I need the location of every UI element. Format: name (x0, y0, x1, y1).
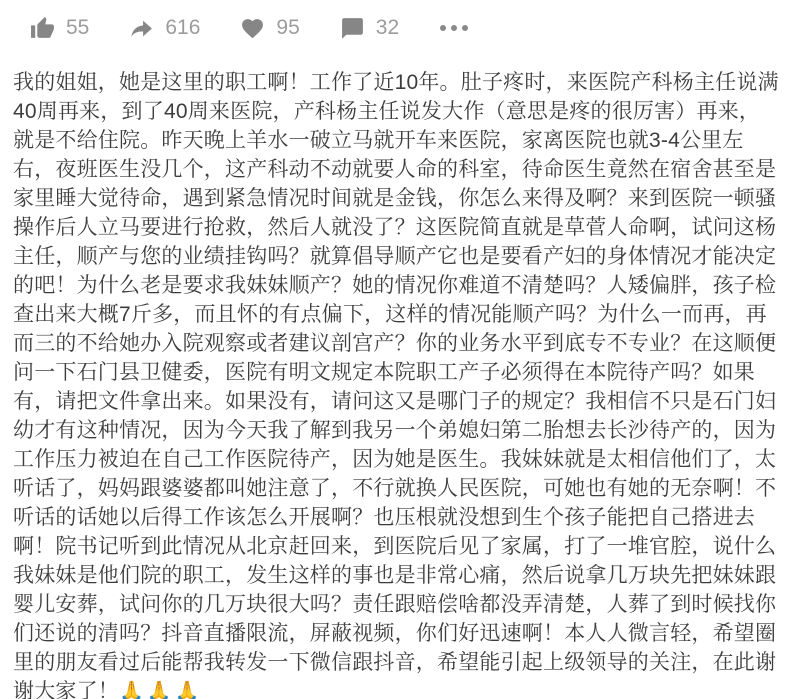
post-body: 我的姐姐，她是这里的职工啊！工作了近10年。肚子疼时，来医院产科杨主任说满 40… (0, 41, 800, 699)
share-button[interactable]: 616 (129, 16, 200, 41)
post-text-line: 工作压力被迫在自己工作医院待产，因为她是医生。我妹妹就是太相信他们了，太 (13, 445, 792, 474)
share-count: 616 (165, 16, 200, 40)
post-text-line: 的吧！为什么老是要求我妹妹顺产？她的情况你难道不清楚吗？人矮偏胖，孩子检 (13, 271, 792, 300)
post-text-line: 而三的不给她办入院观察或者建议剖宫产？你的业务水平到底专不专业？在这顺便 (13, 329, 792, 358)
post-text-line: 们还说的清吗？抖音直播限流，屏蔽视频，你们好迅速啊！本人人微言轻，希望圈 (13, 619, 792, 648)
like-count: 55 (66, 16, 89, 40)
post-text-line: 操作后人立马要进行抢救，然后人就没了？这医院简直就是草菅人命啊，试问这杨 (13, 213, 792, 242)
post-text-line: 问一下石门县卫健委，医院有明文规定本院职工产子必须得在本院待产吗？如果 (13, 358, 792, 387)
post-text-line: 主任，顺产与您的业绩挂钩吗？就算倡导顺产它也是要看产妇的身体情况才能决定 (13, 242, 792, 271)
post-text-line: 我的姐姐，她是这里的职工啊！工作了近10年。肚子疼时，来医院产科杨主任说满 (13, 68, 792, 97)
share-icon (129, 16, 154, 41)
post-text-line: 里的朋友看过后能帮我转发一下微信跟抖音，希望能引起上级领导的关注，在此谢 (13, 648, 792, 677)
praying-hands-emoji: 🙏🙏🙏 (119, 681, 203, 699)
post-text-line: 40周再来，到了40周来医院，产科杨主任说发大作（意思是疼的很厉害）再来， (13, 97, 792, 126)
more-button[interactable] (439, 23, 469, 33)
like-button[interactable]: 55 (30, 16, 89, 41)
post-text-line: 婴儿安葬，试问你的几万块很大吗？责任跟赔偿啥都没弄清楚，人葬了到时候找你 (13, 590, 792, 619)
comment-icon (340, 16, 365, 41)
post-text-last-line: 谢大家了！🙏🙏🙏 (13, 677, 792, 699)
post-text-line: 就是不给住院。昨天晚上羊水一破立马就开车来医院，家离医院也就3-4公里左 (13, 126, 792, 155)
post-text-line: 右，夜班医生没几个，这产科动不动就要人命的科室，待命医生竟然在宿舍甚至是 (13, 155, 792, 184)
post-text-line: 家里睡大觉待命，遇到紧急情况时间就是金钱，你怎么来得及啊？来到医院一顿骚 (13, 184, 792, 213)
post-text-line: 啊！院书记听到此情况从北京赶回来，到医院后见了家属，打了一堆官腔，说什么 (13, 532, 792, 561)
post-text-line: 听话的话她以后得工作该怎么开展啊？也压根就没想到生个孩子能把自己搭进去 (13, 503, 792, 532)
comment-count: 32 (376, 16, 399, 40)
heart-button[interactable]: 95 (240, 16, 299, 41)
post-text-line: 有，请把文件拿出来。如果没有，请问这又是哪门子的规定？我相信不只是石门妇 (13, 387, 792, 416)
heart-icon (240, 16, 265, 41)
thumbs-up-icon (30, 16, 55, 41)
post-text-line: 听话了，妈妈跟婆婆都叫她注意了，不行就换人民医院，可她也有她的无奈啊！不 (13, 474, 792, 503)
post-text-line: 查出来大概7斤多，而且怀的有点偏下，这样的情况能顺产吗？为什么一而再，再 (13, 300, 792, 329)
post-text-line: 谢大家了！ (13, 680, 119, 699)
heart-count: 95 (276, 16, 299, 40)
more-dots-icon (439, 23, 469, 33)
post-text-line: 我妹妹是他们院的职工，发生这样的事也是非常心痛，然后说拿几万块先把妹妹跟 (13, 561, 792, 590)
post-text-line: 幼才有这种情况，因为今天我了解到我另一个弟媳妇第二胎想去长沙待产的，因为 (13, 416, 792, 445)
comment-button[interactable]: 32 (340, 16, 399, 41)
engagement-bar: 55 616 95 32 (0, 0, 800, 41)
